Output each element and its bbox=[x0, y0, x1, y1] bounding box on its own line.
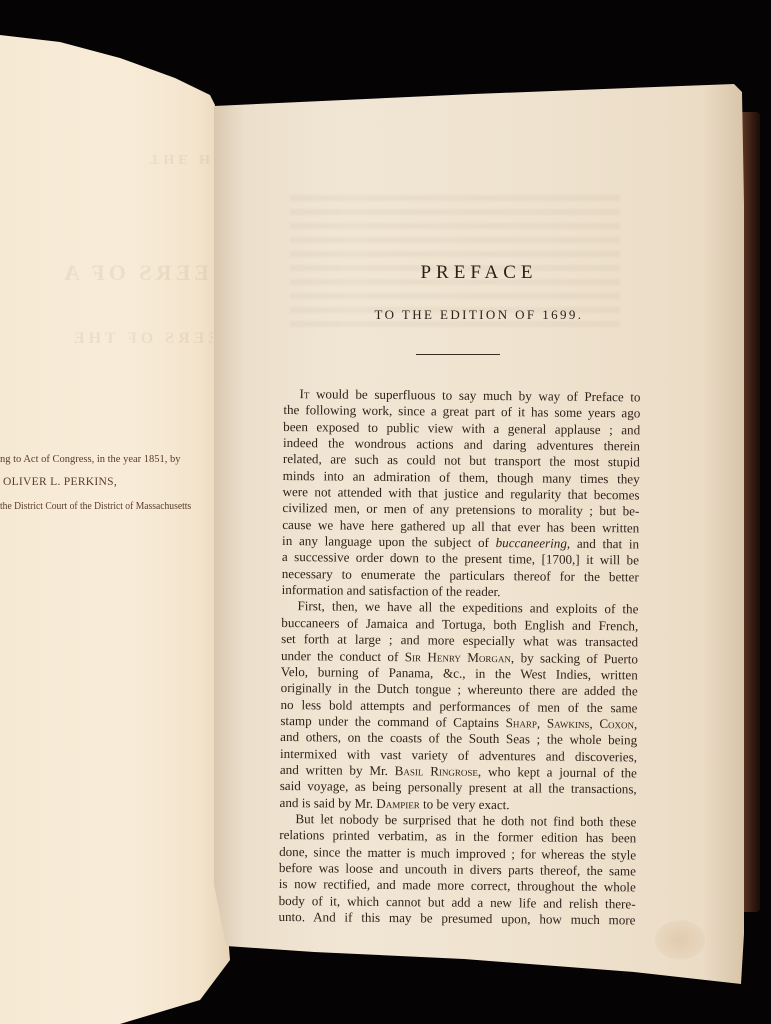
foxing-stain bbox=[655, 920, 705, 960]
text-line: unto. And if this may be presumed upon, … bbox=[278, 909, 635, 929]
preface-body: It would be superfluous to say much by w… bbox=[278, 386, 640, 929]
imprint-line-1: ng to Act of Congress, in the year 1851,… bbox=[0, 455, 181, 466]
imprint-line-2: OLIVER L. PERKINS, bbox=[3, 477, 117, 489]
page-title: PREFACE bbox=[214, 262, 744, 284]
page-subtitle: TO THE EDITION OF 1699. bbox=[214, 307, 744, 323]
book-photo: THE HISTORY BUCCANEERS OF A BUCCANEERS O… bbox=[0, 0, 771, 1024]
imprint-line-3: the District Court of the District of Ma… bbox=[0, 502, 191, 512]
left-page: THE HISTORY BUCCANEERS OF A BUCCANEERS O… bbox=[0, 0, 232, 1024]
title-rule-divider bbox=[416, 354, 500, 355]
